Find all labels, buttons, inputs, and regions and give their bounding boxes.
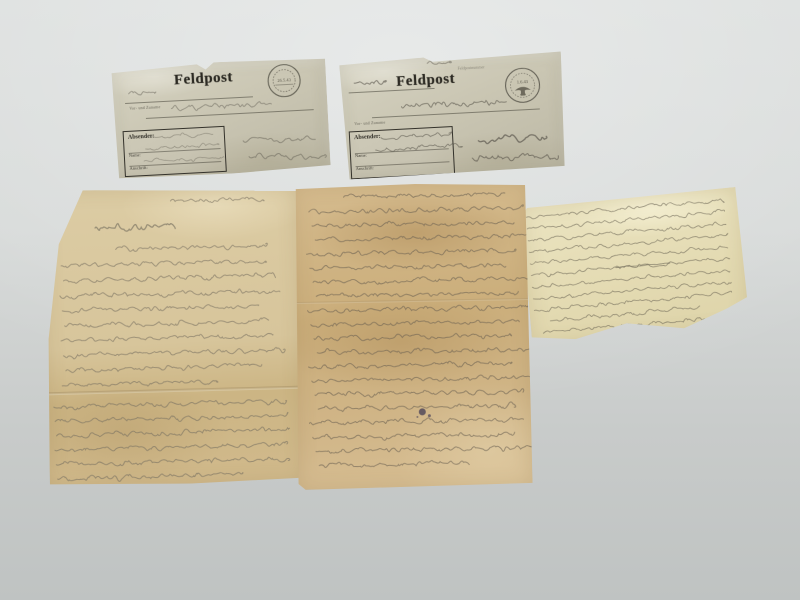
handwriting-overlay xyxy=(293,182,532,490)
handwriting-overlay xyxy=(42,185,304,488)
handwriting-overlay xyxy=(339,50,567,179)
ink-blot xyxy=(416,416,418,418)
letter-page-left xyxy=(42,185,304,488)
handwriting-overlay xyxy=(520,187,750,347)
letter-page-middle xyxy=(293,182,532,490)
feldpost-envelope-right: Feldpost Feldpostnummer Vor- und Zuname … xyxy=(339,50,567,179)
ink-blot xyxy=(428,414,431,417)
photo-scene: Feldpost Vor- und Zuname Absender: Name:… xyxy=(0,0,800,600)
ink-blot xyxy=(419,408,426,415)
letter-note-right xyxy=(520,187,750,347)
feldpost-envelope-left: Feldpost Vor- und Zuname Absender: Name:… xyxy=(111,56,331,179)
handwriting-overlay xyxy=(111,56,331,179)
